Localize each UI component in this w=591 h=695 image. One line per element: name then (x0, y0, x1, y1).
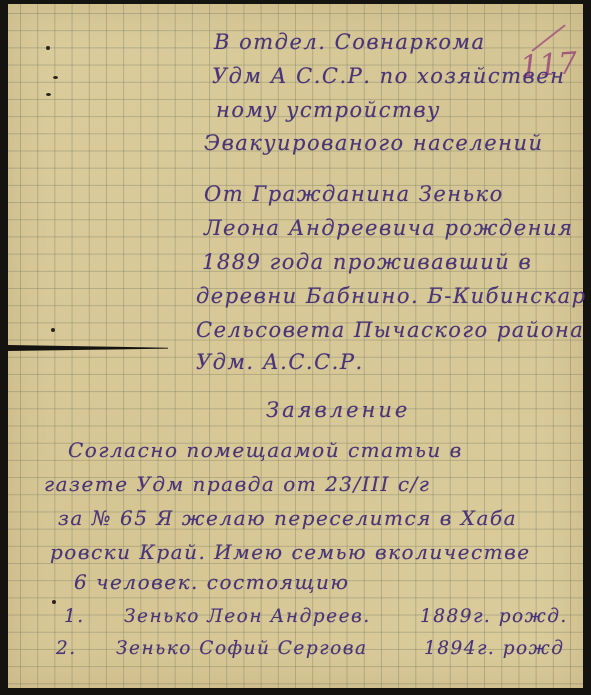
family-item-name: Зенько Леон Андреев. (124, 606, 371, 627)
ink-speck (46, 46, 50, 50)
body-line-3: за № 65 Я желаю переселится в Хаба (58, 506, 517, 530)
body-line-4: ровски Край. Имею семью вколичестве (50, 540, 531, 564)
sender-line-3: 1889 года проживавший в (202, 250, 532, 274)
sender-line-5: Сельсовета Пычаского района (196, 318, 584, 342)
body-line-1: Согласно помещаамой статьи в (68, 438, 463, 462)
family-item-birth-year: 1894г. рожд (424, 638, 564, 659)
ink-speck (53, 76, 58, 79)
addressee-line-4: Эвакуированого населений (204, 131, 544, 155)
sender-line-4: деревни Бабнино. Б-Кибинскар (196, 284, 587, 308)
sender-line-1: От Гражданина Зенько (204, 182, 504, 206)
sender-line-2: Леона Андреевича рождения (204, 216, 573, 240)
document-title: Заявление (266, 398, 410, 422)
family-item-number: 2. (56, 638, 77, 659)
addressee-line-1: В отдел. Совнаркома (214, 30, 485, 54)
family-item-number: 1. (64, 606, 85, 627)
ink-speck (51, 328, 55, 332)
ink-speck (46, 93, 51, 96)
family-item-birth-year: 1889г. рожд. (420, 606, 568, 627)
addressee-line-3: ному устройству (216, 98, 441, 122)
body-line-2: газете Удм правда от 23/III с/г (44, 472, 430, 496)
ink-speck (52, 600, 56, 604)
addressee-line-2: Удм А С.С.Р. по хозяйствен (212, 64, 566, 88)
scanned-document: 117 В отдел. Совнаркома Удм А С.С.Р. по … (0, 0, 591, 695)
body-line-5: 6 человек. состоящию (74, 570, 349, 594)
family-item-name: Зенько Софий Сергова (116, 638, 368, 659)
sender-line-6: Удм. А.С.С.Р. (196, 350, 364, 374)
